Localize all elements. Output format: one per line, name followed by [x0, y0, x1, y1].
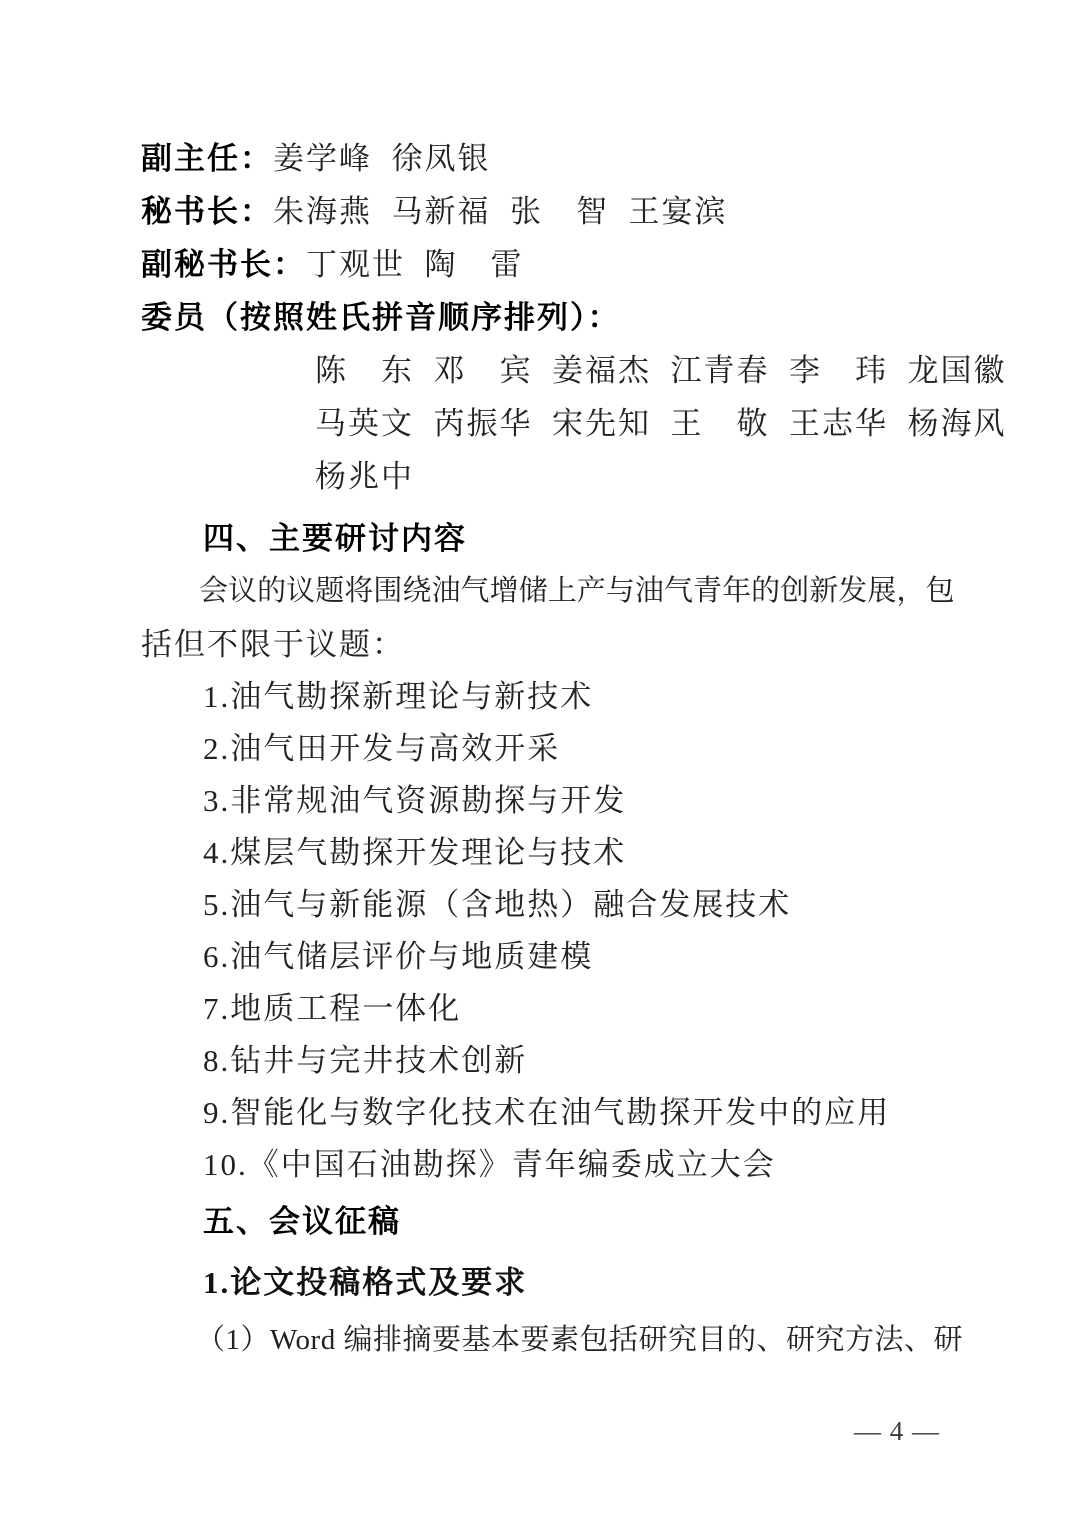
section4-intro-line-2: 括但不限于议题： [141, 618, 954, 671]
role-label: 副主任： [141, 141, 273, 176]
role-names: 朱海燕 马新福 张 智 王宴滨 [273, 194, 728, 229]
page-number: — 4 — [854, 1414, 940, 1448]
topic-item-9: 9.智能化与数字化技术在油气勘探开发中的应用 [141, 1087, 954, 1139]
section5-subheading: 1.论文投稿格式及要求 [141, 1256, 954, 1309]
topic-item-10: 10.《中国石油勘探》青年编委成立大会 [141, 1139, 954, 1191]
topic-item-3: 3.非常规油气资源勘探与开发 [141, 775, 954, 827]
role-line-deputy-director: 副主任：姜学峰 徐凤银 [141, 132, 954, 185]
document-content: 副主任：姜学峰 徐凤银 秘书长：朱海燕 马新福 张 智 王宴滨 副秘书长：丁观世… [141, 132, 954, 1367]
section-heading-main-topics: 四、主要研讨内容 [141, 512, 954, 565]
role-names: 丁观世 陶 雷 [306, 247, 524, 282]
committee-row: 杨兆中 [141, 450, 954, 503]
topic-item-8: 8.钻井与完井技术创新 [141, 1035, 954, 1087]
document-page: 副主任：姜学峰 徐凤银 秘书长：朱海燕 马新福 张 智 王宴滨 副秘书长：丁观世… [0, 0, 1080, 1527]
role-line-committee-members: 委员（按照姓氏拼音顺序排列）： [141, 291, 954, 344]
topic-item-2: 2.油气田开发与高效开采 [141, 723, 954, 775]
section4-intro-line-1: 会议的议题将围绕油气增储上产与油气青年的创新发展，包 [141, 565, 954, 618]
section-heading-call-for-papers: 五、会议征稿 [141, 1195, 954, 1248]
role-names: 姜学峰 徐凤银 [273, 141, 491, 176]
role-label: 委员（按照姓氏拼音顺序排列）： [141, 300, 621, 335]
topic-item-4: 4.煤层气勘探开发理论与技术 [141, 827, 954, 879]
topic-item-5: 5.油气与新能源（含地热）融合发展技术 [141, 879, 954, 931]
section5-paragraph-line: （1）Word 编排摘要基本要素包括研究目的、研究方法、研 [141, 1314, 954, 1367]
role-label: 副秘书长： [141, 247, 306, 282]
topic-item-7: 7.地质工程一体化 [141, 983, 954, 1035]
committee-row: 陈 东 邓 宾 姜福杰 江青春 李 玮 龙国徽 [141, 344, 954, 397]
role-line-secretary-general: 秘书长：朱海燕 马新福 张 智 王宴滨 [141, 185, 954, 238]
topic-item-1: 1.油气勘探新理论与新技术 [141, 671, 954, 723]
role-label: 秘书长： [141, 194, 273, 229]
topic-item-6: 6.油气储层评价与地质建模 [141, 931, 954, 983]
role-line-deputy-secretary-general: 副秘书长：丁观世 陶 雷 [141, 238, 954, 291]
committee-row: 马英文 芮振华 宋先知 王 敬 王志华 杨海风 [141, 397, 954, 450]
